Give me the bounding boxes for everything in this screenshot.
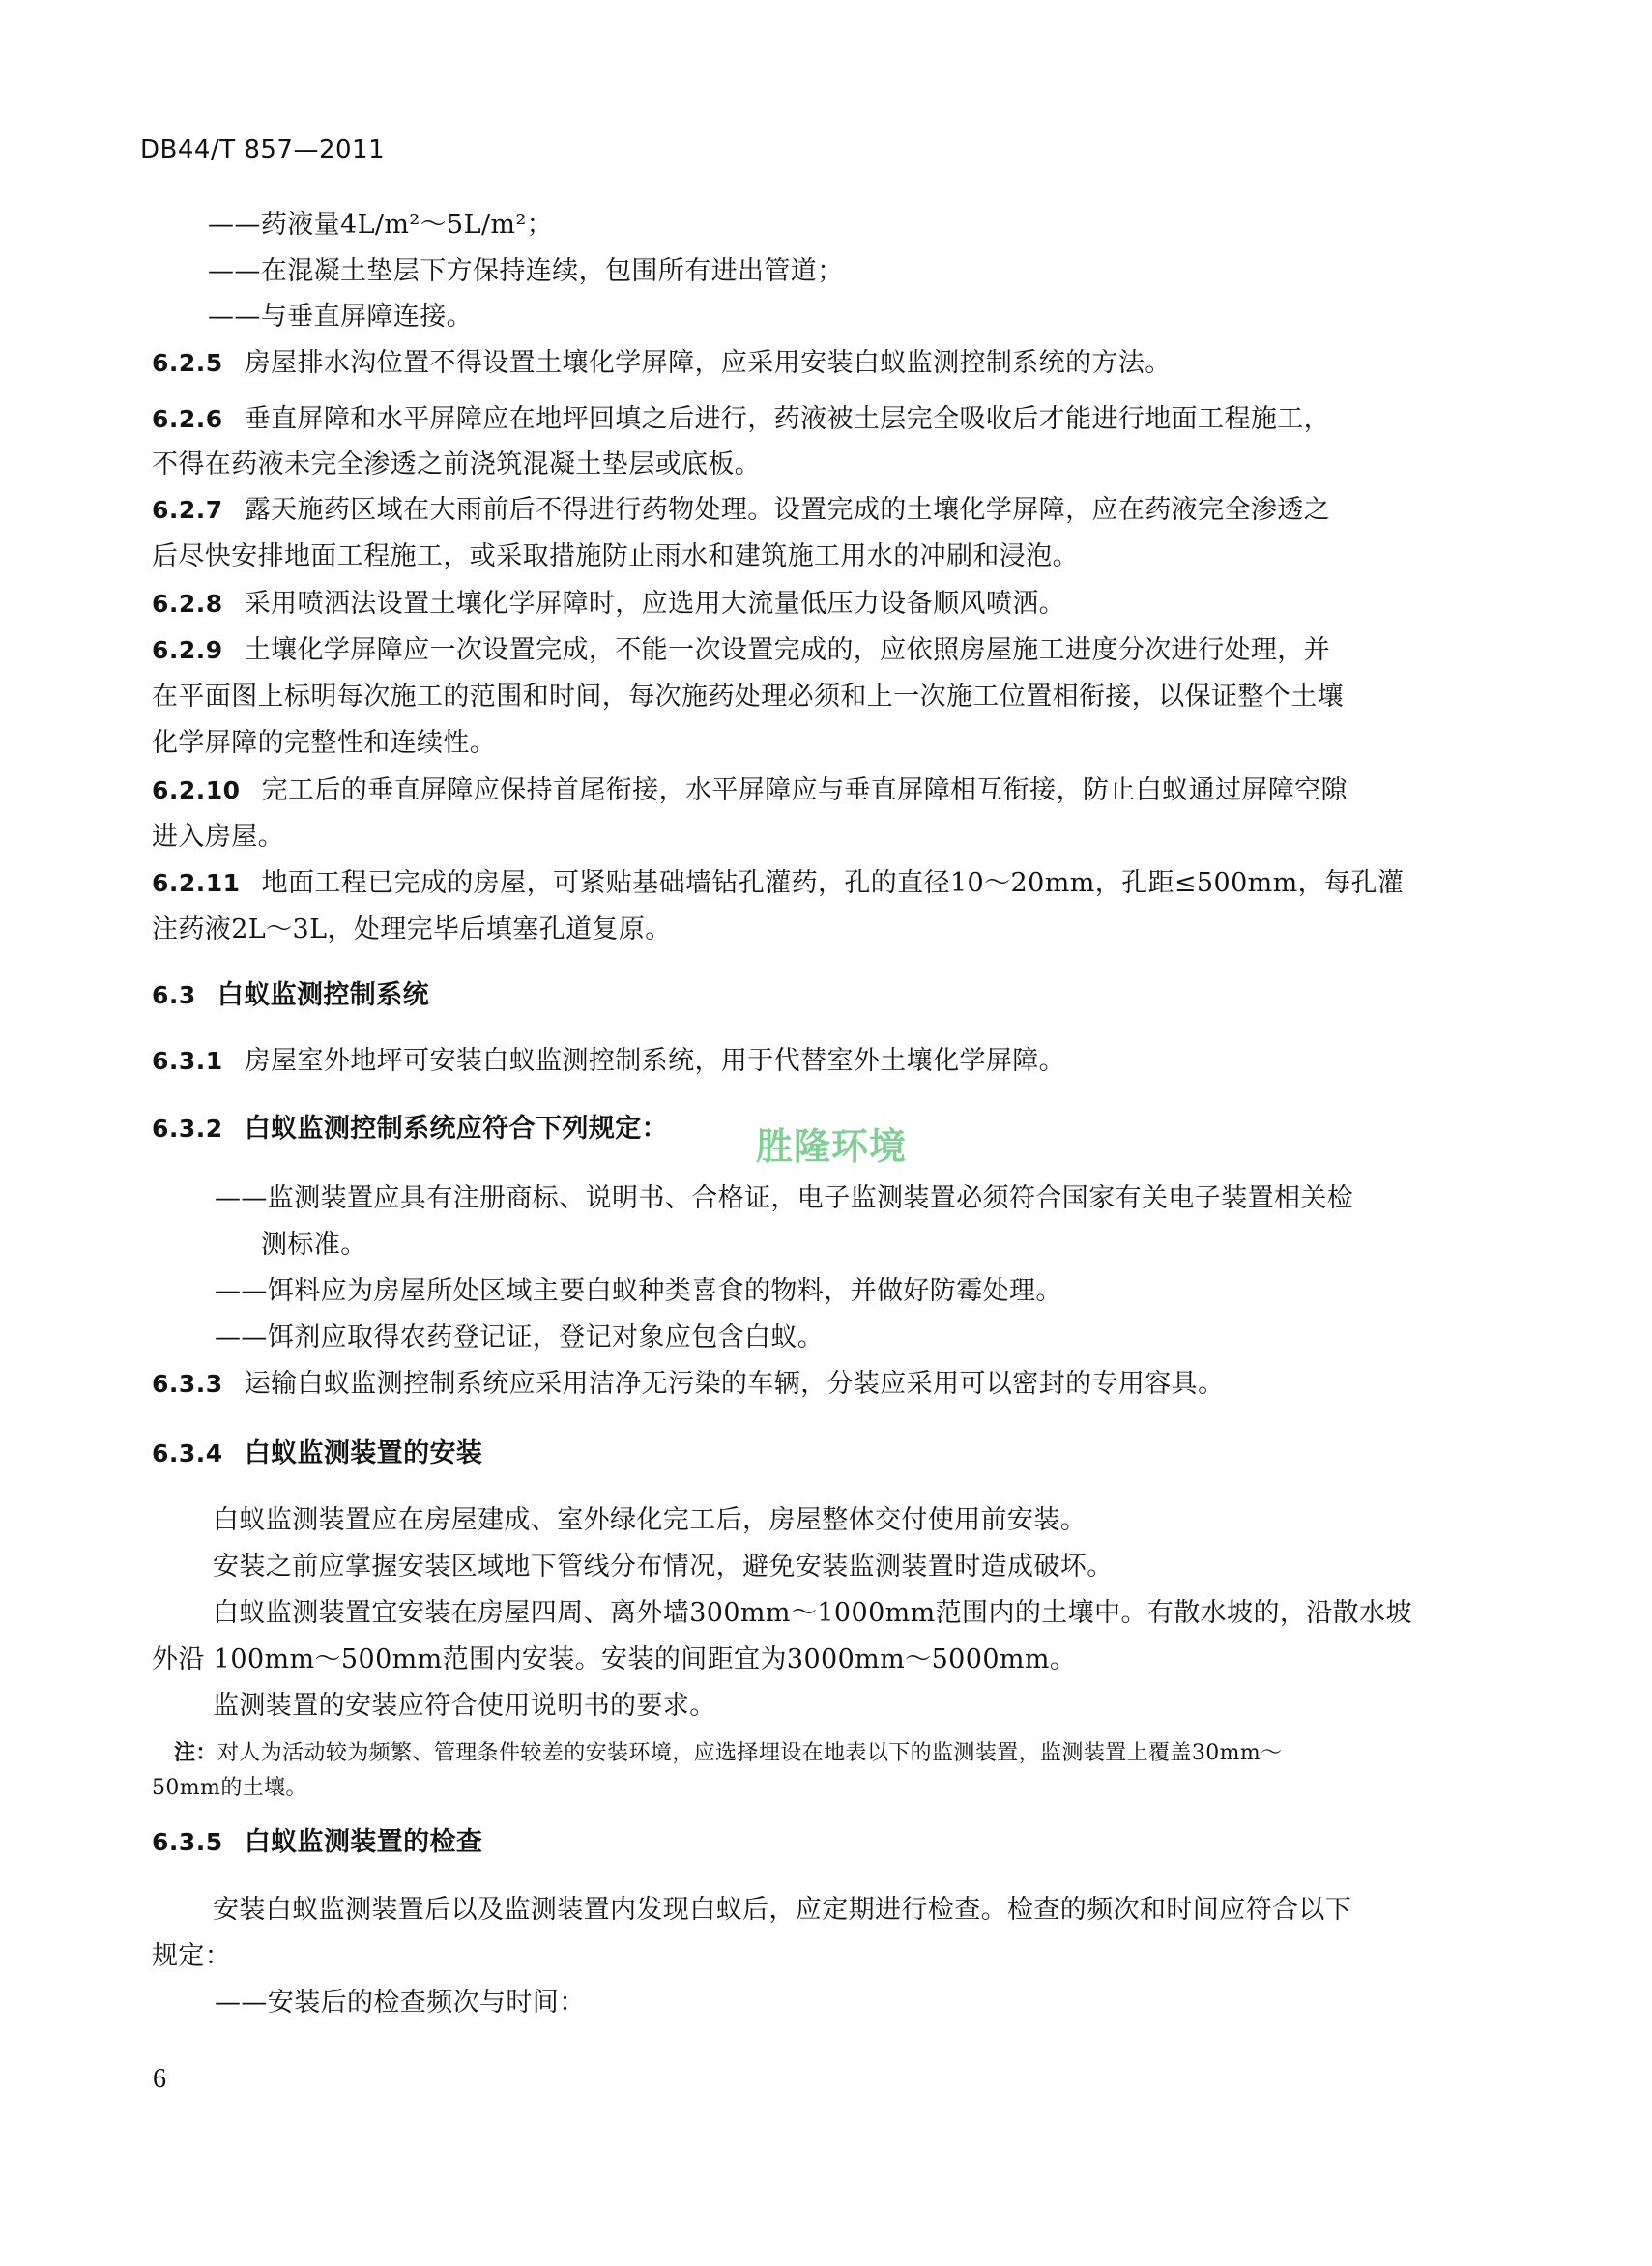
paragraph-continuation: 外沿 100mm～500mm范围内安装。安装的间距宜为3000mm～5000mm… [152, 1642, 1076, 1677]
watermark-logo: 胜隆环境 [756, 1117, 907, 1170]
note: 注：对人为活动较为频繁、管理条件较差的安装环境，应选择埋设在地表以下的监测装置，… [174, 1736, 1283, 1771]
clause-6-2-11: 6.2.11地面工程已完成的房屋，可紧贴基础墙钻孔灌药，孔的直径10～20mm，… [152, 866, 1404, 901]
clause-text: 垂直屏障和水平屏障应在地坪回填之后进行，药液被土层完全吸收后才能进行地面工程施工… [245, 404, 1330, 434]
clause-number: 6.3.5 [152, 1828, 223, 1856]
clause-text: 露天施药区域在大雨前后不得进行药物处理。设置完成的土壤化学屏障，应在药液完全渗透… [245, 495, 1330, 525]
clause-6-2-8: 6.2.8采用喷洒法设置土壤化学屏障时，应选用大流量低压力设备顺风喷洒。 [152, 587, 1065, 622]
list-item: ——监测装置应具有注册商标、说明书、合格证，电子监测装置必须符合国家有关电子装置… [215, 1181, 1353, 1216]
clause-text: 运输白蚁监测控制系统应采用洁净无污染的车辆，分装应采用可以密封的专用容具。 [245, 1369, 1225, 1399]
clause-text: 化学屏障的完整性和连续性。 [152, 728, 496, 758]
clause-6-2-10: 6.2.10完工后的垂直屏障应保持首尾衔接，水平屏障应与垂直屏障相互衔接，防止白… [152, 773, 1348, 808]
clause-number: 6.3.4 [152, 1439, 223, 1467]
list-item: ——饵剂应取得农药登记证，登记对象应包含白蚁。 [215, 1321, 824, 1355]
clause-6-2-6: 6.2.6垂直屏障和水平屏障应在地坪回填之后进行，药液被土层完全吸收后才能进行地… [152, 402, 1330, 437]
section-heading-6-3: 6.3白蚁监测控制系统 [152, 978, 429, 1013]
clause-title: 白蚁监测装置的安装 [245, 1438, 483, 1468]
list-item-text: ——饵料应为房屋所处区域主要白蚁种类喜食的物料，并做好防霉处理。 [215, 1276, 1062, 1306]
paragraph-text: 安装白蚁监测装置后以及监测装置内发现白蚁后，应定期进行检查。检查的频次和时间应符… [213, 1895, 1351, 1925]
list-item-text: ——与垂直屏障连接。 [208, 302, 473, 332]
clause-text: 完工后的垂直屏障应保持首尾衔接，水平屏障应与垂直屏障相互衔接，防止白蚁通过屏障空… [262, 775, 1348, 805]
clause-6-2-7: 6.2.7露天施药区域在大雨前后不得进行药物处理。设置完成的土壤化学屏障，应在药… [152, 493, 1330, 528]
clause-text: 不得在药液未完全渗透之前浇筑混凝土垫层或底板。 [152, 450, 761, 479]
clause-number: 6.3.2 [152, 1115, 223, 1143]
clause-continuation: 不得在药液未完全渗透之前浇筑混凝土垫层或底板。 [152, 448, 761, 482]
list-item: ——安装后的检查频次与时间： [215, 1986, 586, 2020]
clause-number: 6.3.3 [152, 1370, 223, 1398]
clause-number: 6.2.6 [152, 405, 223, 433]
list-item-text: ——饵剂应取得农药登记证，登记对象应包含白蚁。 [215, 1322, 824, 1352]
clause-text: 房屋室外地坪可安装白蚁监测控制系统，用于代替室外土壤化学屏障。 [245, 1046, 1065, 1076]
paragraph-text: 外沿 100mm～500mm范围内安装。安装的间距宜为3000mm～5000mm… [152, 1644, 1076, 1674]
list-item-text: ——安装后的检查频次与时间： [215, 1988, 586, 2018]
clause-6-3-1: 6.3.1房屋室外地坪可安装白蚁监测控制系统，用于代替室外土壤化学屏障。 [152, 1044, 1065, 1079]
list-item-text: 测标准。 [261, 1230, 367, 1260]
paragraph: 白蚁监测装置宜安装在房屋四周、离外墙300mm～1000mm范围内的土壤中。有散… [213, 1596, 1412, 1631]
clause-continuation: 注药液2L～3L，处理完毕后填塞孔道复原。 [152, 913, 672, 947]
clause-number: 6.2.7 [152, 496, 223, 524]
clause-text: 白蚁监测控制系统应符合下列规定： [245, 1114, 668, 1144]
clause-text: 注药液2L～3L，处理完毕后填塞孔道复原。 [152, 915, 672, 944]
paragraph-text: 白蚁监测装置宜安装在房屋四周、离外墙300mm～1000mm范围内的土壤中。有散… [213, 1598, 1412, 1628]
note-continuation: 50mm的土壤。 [152, 1771, 307, 1806]
clause-text: 进入房屋。 [152, 822, 284, 852]
clause-6-3-3: 6.3.3运输白蚁监测控制系统应采用洁净无污染的车辆，分装应采用可以密封的专用容… [152, 1367, 1225, 1402]
paragraph-text: 规定： [152, 1941, 231, 1971]
clause-number: 6.3.1 [152, 1047, 223, 1075]
clause-6-2-9: 6.2.9土壤化学屏障应一次设置完成，不能一次设置完成的，应依照房屋施工进度分次… [152, 633, 1330, 668]
document-code: DB44/T 857—2011 [140, 135, 385, 164]
clause-number: 6.2.11 [152, 869, 241, 897]
clause-continuation: 在平面图上标明每次施工的范围和时间，每次施药处理必须和上一次施工位置相衔接，以保… [152, 680, 1344, 714]
paragraph: 安装白蚁监测装置后以及监测装置内发现白蚁后，应定期进行检查。检查的频次和时间应符… [213, 1893, 1351, 1928]
section-title: 白蚁监测控制系统 [217, 980, 429, 1010]
clause-6-2-5: 6.2.5房屋排水沟位置不得设置土壤化学屏障，应采用安装白蚁监测控制系统的方法。 [152, 346, 1172, 381]
clause-continuation: 化学屏障的完整性和连续性。 [152, 726, 496, 761]
list-item-text: ——在混凝土垫层下方保持连续，包围所有进出管道； [208, 256, 844, 286]
clause-number: 6.2.10 [152, 776, 241, 804]
clause-text: 房屋排水沟位置不得设置土壤化学屏障，应采用安装白蚁监测控制系统的方法。 [245, 348, 1172, 378]
clause-text: 在平面图上标明每次施工的范围和时间，每次施药处理必须和上一次施工位置相衔接，以保… [152, 682, 1344, 712]
clause-text: 土壤化学屏障应一次设置完成，不能一次设置完成的，应依照房屋施工进度分次进行处理，… [245, 635, 1330, 665]
list-item: ——饵料应为房屋所处区域主要白蚁种类喜食的物料，并做好防霉处理。 [215, 1274, 1062, 1309]
paragraph-text: 安装之前应掌握安装区域地下管线分布情况，避免安装监测装置时造成破坏。 [213, 1552, 1114, 1582]
page-number: 6 [153, 2064, 166, 2095]
paragraph: 安装之前应掌握安装区域地下管线分布情况，避免安装监测装置时造成破坏。 [213, 1550, 1114, 1584]
clause-heading-6-3-4: 6.3.4白蚁监测装置的安装 [152, 1437, 482, 1471]
clause-title: 白蚁监测装置的检查 [245, 1827, 483, 1857]
paragraph: 监测装置的安装应符合使用说明书的要求。 [213, 1689, 716, 1724]
clause-continuation: 后尽快安排地面工程施工，或采取措施防止雨水和建筑施工用水的冲刷和浸泡。 [152, 539, 1079, 574]
paragraph-continuation: 规定： [152, 1939, 231, 1974]
list-item: ——药液量4L/m²～5L/m²； [208, 208, 553, 243]
note-text: 50mm的土壤。 [152, 1776, 307, 1800]
list-item-text: ——监测装置应具有注册商标、说明书、合格证，电子监测装置必须符合国家有关电子装置… [215, 1183, 1353, 1213]
paragraph: 白蚁监测装置应在房屋建成、室外绿化完工后，房屋整体交付使用前安装。 [213, 1503, 1087, 1538]
list-item-continuation: 测标准。 [261, 1228, 367, 1263]
note-text: 对人为活动较为频繁、管理条件较差的安装环境，应选择埋设在地表以下的监测装置，监测… [217, 1741, 1283, 1765]
clause-number: 6.2.9 [152, 636, 223, 664]
document-page: DB44/T 857—2011 ——药液量4L/m²～5L/m²； ——在混凝土… [0, 0, 1652, 2266]
paragraph-text: 监测装置的安装应符合使用说明书的要求。 [213, 1691, 716, 1721]
clause-text: 采用喷洒法设置土壤化学屏障时，应选用大流量低压力设备顺风喷洒。 [245, 589, 1065, 619]
list-item: ——在混凝土垫层下方保持连续，包围所有进出管道； [208, 254, 844, 289]
section-number: 6.3 [152, 981, 196, 1009]
clause-6-3-2: 6.3.2白蚁监测控制系统应符合下列规定： [152, 1112, 668, 1147]
clause-text: 地面工程已完成的房屋，可紧贴基础墙钻孔灌药，孔的直径10～20mm，孔距≤500… [262, 868, 1405, 898]
clause-number: 6.2.5 [152, 349, 223, 377]
paragraph-text: 白蚁监测装置应在房屋建成、室外绿化完工后，房屋整体交付使用前安装。 [213, 1505, 1087, 1535]
list-item: ——与垂直屏障连接。 [208, 300, 473, 334]
list-item-text: ——药液量4L/m²～5L/m²； [208, 210, 553, 240]
note-label: 注： [174, 1741, 217, 1765]
clause-text: 后尽快安排地面工程施工，或采取措施防止雨水和建筑施工用水的冲刷和浸泡。 [152, 541, 1079, 571]
clause-continuation: 进入房屋。 [152, 820, 284, 855]
clause-heading-6-3-5: 6.3.5白蚁监测装置的检查 [152, 1825, 482, 1860]
clause-number: 6.2.8 [152, 590, 223, 618]
